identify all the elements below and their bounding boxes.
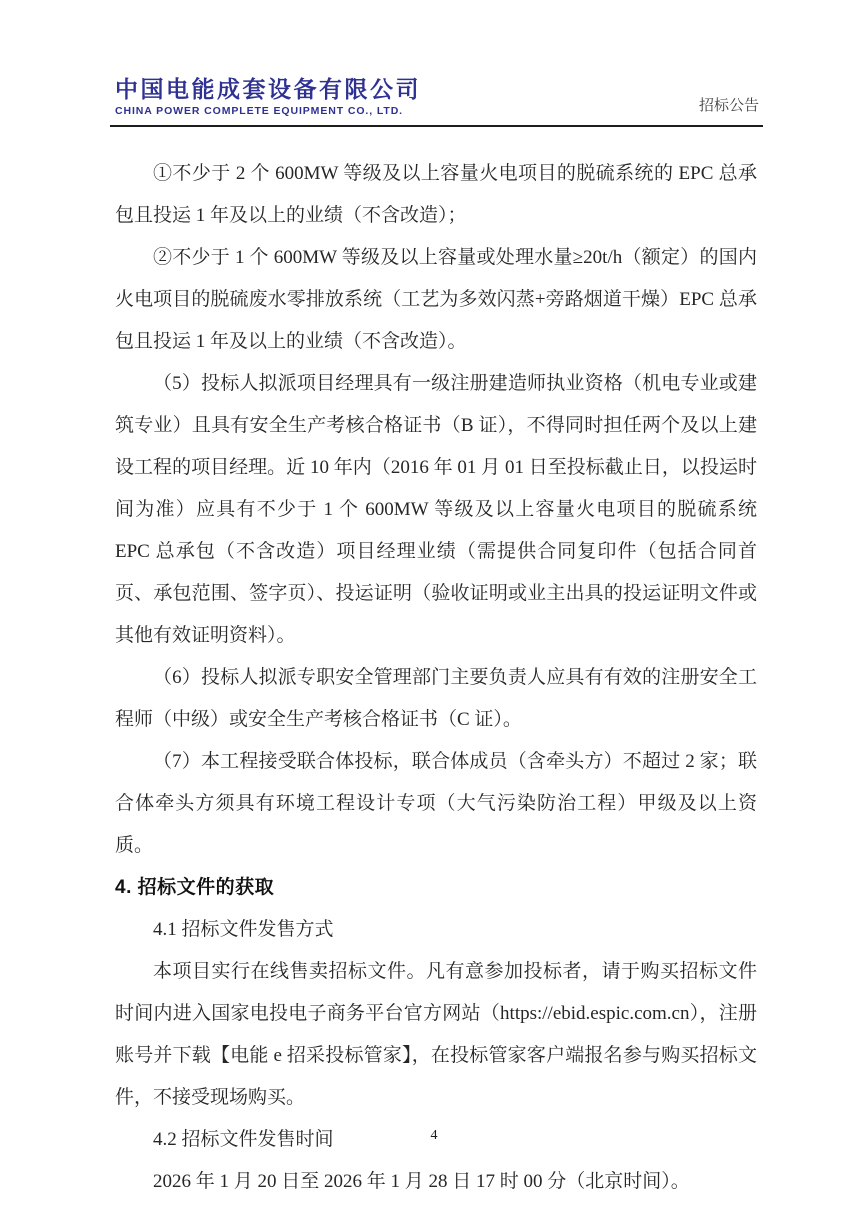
page-header: 中国电能成套设备有限公司 CHINA POWER COMPLETE EQUIPM… — [115, 76, 759, 118]
subheading-sale-method: 4.1 招标文件发售方式 — [115, 909, 757, 951]
doc-type-label: 招标公告 — [699, 94, 759, 118]
document-body: ①不少于 2 个 600MW 等级及以上容量火电项目的脱硫系统的 EPC 总承包… — [115, 153, 757, 1203]
company-logo: 中国电能成套设备有限公司 CHINA POWER COMPLETE EQUIPM… — [115, 76, 421, 118]
clause-consortium: （7）本工程接受联合体投标，联合体成员（含牵头方）不超过 2 家；联合体牵头方须… — [115, 741, 757, 867]
page-footer: 4 — [0, 1128, 868, 1144]
clause-qualification-1: ①不少于 2 个 600MW 等级及以上容量火电项目的脱硫系统的 EPC 总承包… — [115, 153, 757, 237]
section-heading-obtain-documents: 4. 招标文件的获取 — [115, 867, 757, 909]
clause-qualification-2: ②不少于 1 个 600MW 等级及以上容量或处理水量≥20t/h（额定）的国内… — [115, 237, 757, 363]
header-divider — [110, 125, 763, 127]
clause-sale-period: 2026 年 1 月 20 日至 2026 年 1 月 28 日 17 时 00… — [115, 1161, 757, 1203]
clause-project-manager: （5）投标人拟派项目经理具有一级注册建造师执业资格（机电专业或建筑专业）且具有安… — [115, 363, 757, 657]
company-name-english: CHINA POWER COMPLETE EQUIPMENT CO., LTD. — [115, 105, 421, 117]
document-page: 中国电能成套设备有限公司 CHINA POWER COMPLETE EQUIPM… — [0, 0, 868, 1227]
page-number: 4 — [431, 1128, 438, 1143]
clause-online-sale: 本项目实行在线售卖招标文件。凡有意参加投标者，请于购买招标文件时间内进入国家电投… — [115, 951, 757, 1119]
company-name-chinese: 中国电能成套设备有限公司 — [115, 76, 421, 102]
clause-safety-manager: （6）投标人拟派专职安全管理部门主要负责人应具有有效的注册安全工程师（中级）或安… — [115, 657, 757, 741]
